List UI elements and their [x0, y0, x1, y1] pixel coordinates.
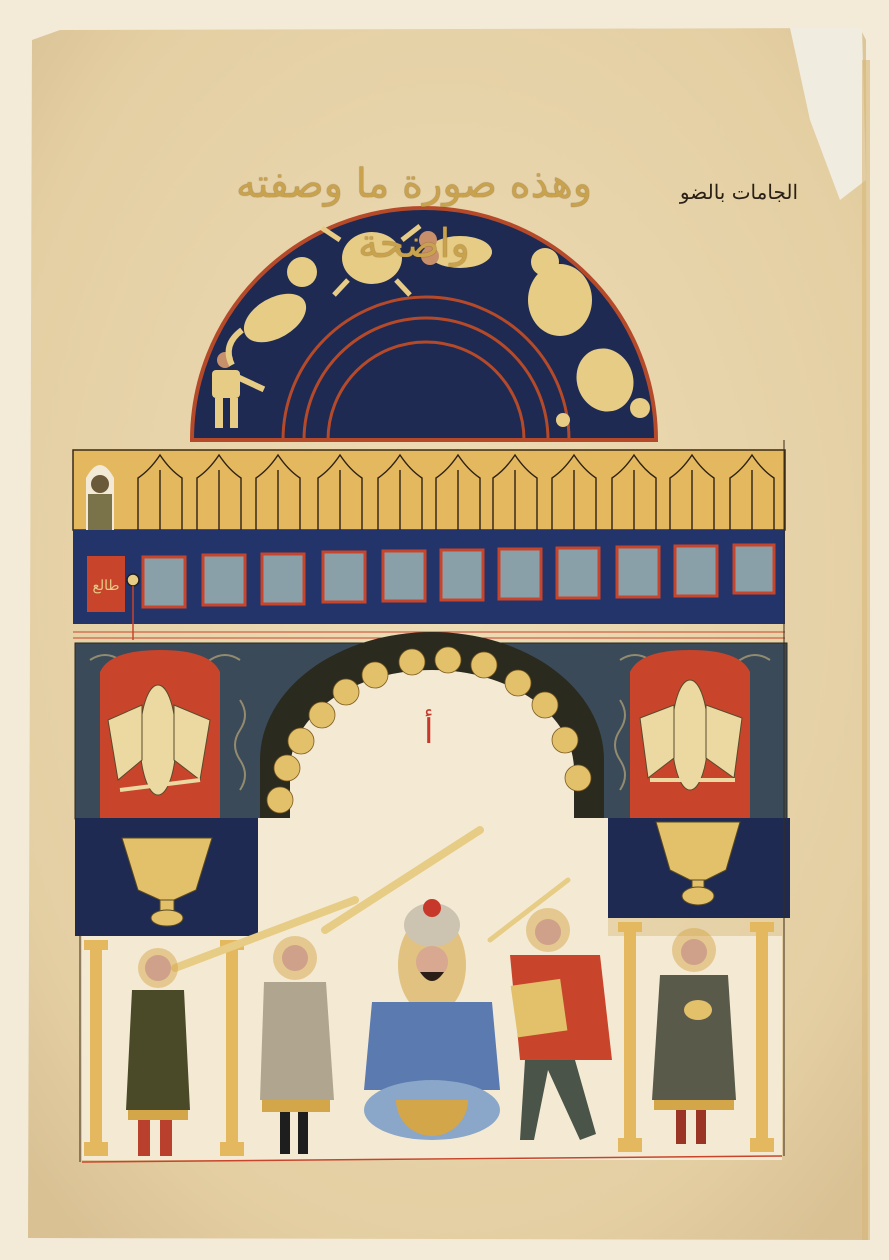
svg-text:ﻃﺎﻟﻊ: ﻃﺎﻟﻊ [92, 578, 119, 594]
caption-black-script: الجامات بالضو [648, 180, 798, 210]
arcade-band [73, 450, 785, 530]
window-band: ﻃﺎﻟﻊ [73, 530, 785, 640]
caption-gold-script: وهذه صورة ما وصفته واضحة [184, 154, 644, 214]
hooded-figure [86, 465, 114, 530]
manuscript-folio: ﻃﺎﻟﻊ [12, 14, 874, 1246]
arch-letter-mark: أ [424, 712, 433, 752]
arch-zone [75, 632, 790, 938]
